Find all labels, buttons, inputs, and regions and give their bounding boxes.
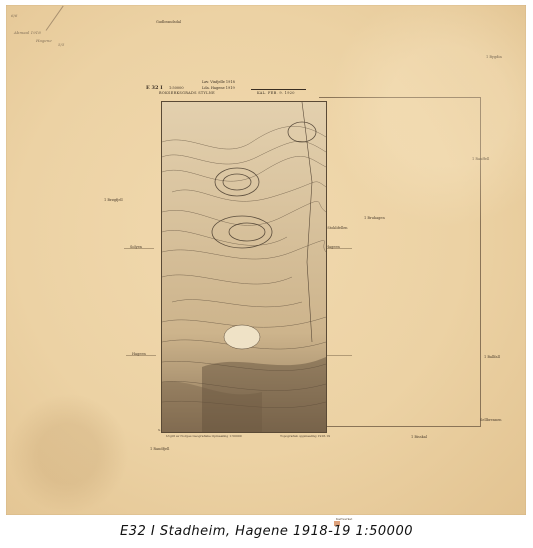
adjacent-sheet-bottom-left: 1 Randfjell bbox=[150, 447, 169, 451]
adjacent-sheet-left: 1 Brøgfjell bbox=[104, 198, 123, 202]
bottom-note: Utgitt av Norges Geografiske Opmaaling 1… bbox=[166, 434, 242, 438]
map-subtitle: BOKSERKSGRADS STYLNE bbox=[159, 91, 215, 95]
tick-right bbox=[322, 248, 352, 249]
edition-line-1: Løv. Vinfjelle 1918 bbox=[202, 80, 235, 84]
map-caption: E32 I Stadheim, Hagene 1918-19 1:50000 bbox=[0, 524, 533, 539]
adjacent-sheet-top: Gudbrandsdal bbox=[156, 20, 181, 24]
margin-label: Solyen bbox=[130, 245, 142, 249]
frame-line-right bbox=[480, 97, 481, 427]
scale-code: 1:50000 bbox=[169, 86, 184, 90]
margin-label: 1 Stoklifellen bbox=[324, 226, 348, 230]
bottom-note: Topografisk oppmaaling 1918-19 bbox=[280, 434, 330, 438]
contour-lines bbox=[162, 102, 326, 432]
corner-note: Abmaal 1918 bbox=[14, 30, 41, 35]
topographic-map bbox=[161, 101, 327, 433]
adjacent-sheet-right-middle: 1 Bruhagen bbox=[364, 216, 385, 220]
pencil-stroke bbox=[46, 6, 64, 31]
adjacent-sheet-bottom-right: 1 Bisskal bbox=[411, 435, 427, 439]
adjacent-sheet-right-lower: 1 Ballfall bbox=[484, 355, 500, 359]
frame-line-bottom bbox=[319, 426, 481, 427]
margin-label: Sellbrennen bbox=[480, 418, 502, 422]
map-sheet: 6/6 Abmaal 1918 Hagene 5/5 Løv. Vinfjell… bbox=[6, 5, 526, 515]
corner-note: 6/6 bbox=[11, 13, 17, 18]
frame-line-top bbox=[319, 97, 481, 98]
margin-label: Hageen bbox=[132, 352, 146, 356]
corner-note: 5/5 bbox=[58, 42, 64, 47]
adjacent-sheet-top-right: 1 Bygdin bbox=[486, 55, 502, 59]
tick-left bbox=[126, 355, 156, 356]
corner-note: Hagene bbox=[36, 38, 52, 43]
bottom-note: S.W. Teil. Ansk. ammalden bbox=[158, 428, 198, 432]
edition-line-2: Lda. Hagene 1919 bbox=[202, 86, 235, 90]
right-header: KAL. FEB. 9. 1920 bbox=[257, 91, 295, 95]
header-rule bbox=[251, 89, 306, 90]
tick-left bbox=[124, 248, 154, 249]
adjacent-sheet-right-upper: 1 Rauffell bbox=[472, 157, 489, 161]
sheet-id: E 32 I bbox=[146, 85, 163, 91]
tick-right bbox=[322, 355, 352, 356]
margin-label: Hageen bbox=[326, 245, 340, 249]
